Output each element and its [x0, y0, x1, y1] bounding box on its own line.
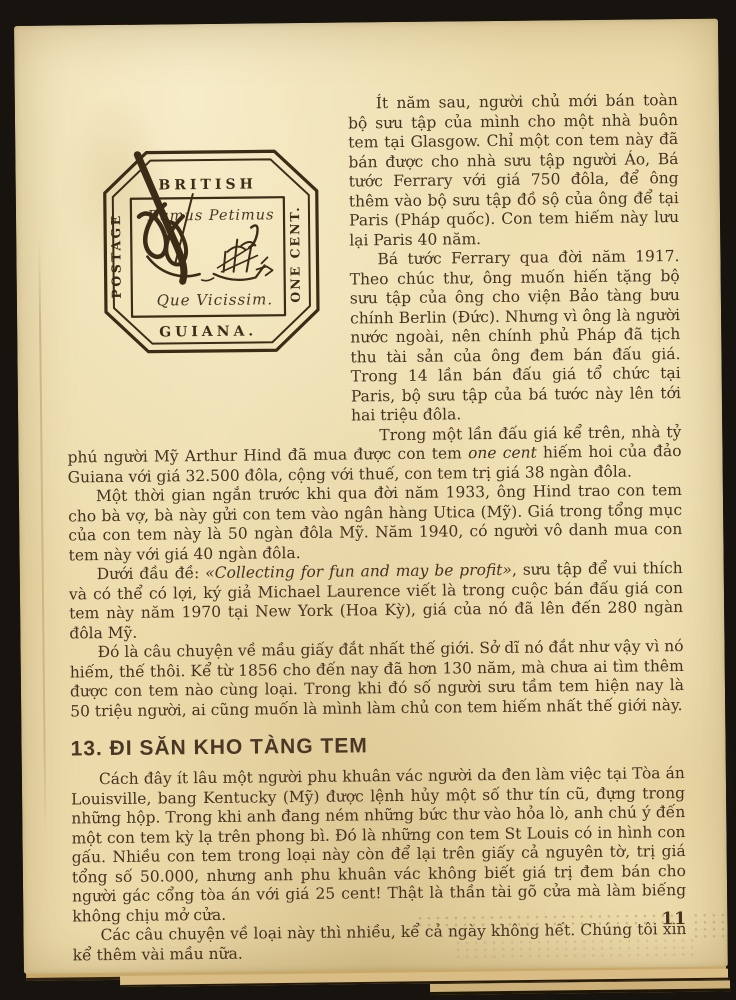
- stamp-figure: BRITISH GUIANA. POSTAGE ONE CENT. Damus …: [64, 95, 352, 438]
- british-guiana-stamp-illustration: BRITISH GUIANA. POSTAGE ONE CENT. Damus …: [100, 147, 322, 356]
- scanned-book-photo: BRITISH GUIANA. POSTAGE ONE CENT. Damus …: [0, 0, 736, 1000]
- paragraph-rarest-paper: Đó là câu chuyện về mầu giấy đắt nhất th…: [69, 637, 684, 721]
- stamp-right-label: ONE CENT.: [287, 205, 303, 302]
- paragraph-hind-widow: Một thời gian ngắn trước khi qua đời năm…: [68, 481, 683, 565]
- page-text-column: BRITISH GUIANA. POSTAGE ONE CENT. Damus …: [64, 91, 687, 965]
- paragraph-laurence-article: Dưới đầu đề: «Collecting for fun and may…: [69, 559, 684, 643]
- ship-vignette-icon: [201, 225, 273, 280]
- stamp-bottom-label: GUIANA.: [159, 323, 257, 340]
- show-through-dots: [691, 912, 725, 942]
- stamp-top-label: BRITISH: [158, 176, 256, 193]
- stamp-motto-bottom: Que Vicissim.: [157, 290, 274, 309]
- paragraph-more-stories: Các câu chuyện về loại này thì nhiều, kể…: [72, 920, 686, 965]
- section-heading: 13. ĐI SĂN KHO TÀNG TEM: [70, 731, 684, 761]
- paragraph-italic-text: «Collecting for fun and may be profit»: [205, 561, 512, 582]
- stamp-left-label: POSTAGE: [108, 213, 124, 298]
- paragraph-louisville-porter: Cách đây ít lâu một người phu khuân vác …: [71, 764, 687, 926]
- paragraph-text: Dưới đầu đề:: [97, 564, 206, 583]
- page-number: 11: [661, 909, 687, 929]
- underlying-page-edge: [430, 980, 730, 995]
- paragraph-italic-text: one cent: [468, 444, 537, 463]
- book-page: BRITISH GUIANA. POSTAGE ONE CENT. Damus …: [14, 19, 728, 974]
- paper-crease: [38, 236, 46, 836]
